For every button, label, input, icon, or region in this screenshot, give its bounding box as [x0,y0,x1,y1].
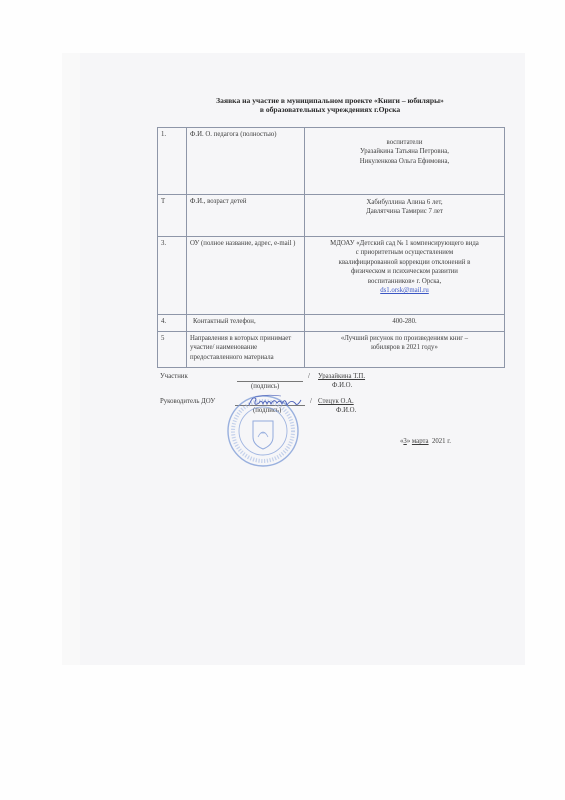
participant-fio-caption: Ф.И.О. [332,381,352,390]
title-line-1: Заявка на участие в муниципальном проект… [150,96,510,105]
row-value: МДОАУ «Детский сад № 1 компенсирующего в… [305,237,505,315]
value-line: Уразайкина Татьяна Петровна, [308,147,501,156]
value-line: «Лучший рисунок по произведениям книг – [308,334,501,343]
value-line: с приоритетным осуществлением [308,248,501,257]
value-line: Никуленкова Ольга Ефимовна, [308,157,501,166]
row-value: воспитатели Уразайкина Татьяна Петровна,… [305,128,505,195]
row-number: 3. [158,237,187,315]
scan-edge [62,53,80,665]
signature-icon [247,393,303,411]
date-year: 2021 г. [432,438,451,445]
row-number: 1. [158,128,187,195]
head-label: Руководитель ДОУ [160,397,215,406]
value-line: МДОАУ «Детский сад № 1 компенсирующего в… [308,239,501,248]
head-fio-caption: Ф.И.О. [336,406,356,415]
value-line: физическом и психическом развитии [308,267,501,276]
head-name: Стецук О.А. [318,397,354,406]
value-line: юбиляров в 2021 году» [308,343,501,352]
head-slash: / [310,397,312,406]
date-day: 3 [403,438,406,445]
value-line: воспитанников» г. Орска, [308,277,501,286]
email-link[interactable]: ds1.orsk@mail.ru [380,287,429,294]
row-label: Контактный телефон, [187,315,305,332]
table-row: Т Ф.И., возраст детей Хабибуллина Алина … [158,195,505,237]
value-line: Хабибуллина Алина 6 лет, [308,198,501,207]
table-row: 4. Контактный телефон, 400-280. [158,315,505,332]
row-label: ОУ (полное название, адрес, e-mail ) [187,237,305,315]
row-number: 4. [158,315,187,332]
table-row: 5 Направления в которых принимает участи… [158,332,505,368]
date-line: «3» марта 2021 г. [400,437,451,446]
application-table: 1. Ф.И. О. педагога (полностью) воспитат… [157,127,505,368]
row-label: Направления в которых принимает участие/… [187,332,305,368]
row-value: 400-280. [305,315,505,332]
value-line: квалифицированной коррекции отклонений в [308,258,501,267]
row-number: 5 [158,332,187,368]
row-number: Т [158,195,187,237]
title-line-2: в образовательных учреждениях г.Орска [150,105,510,114]
document-title: Заявка на участие в муниципальном проект… [150,96,510,114]
date-month: марта [412,438,429,445]
row-label: Ф.И. О. педагога (полностью) [187,128,305,195]
participant-name: Уразайкина Т.П. [318,372,365,381]
row-value: «Лучший рисунок по произведениям книг – … [305,332,505,368]
participant-slash: / [308,372,310,381]
value-line: Давлятчина Тамирис 7 лет [308,207,501,216]
participant-sign-caption: (подпись) [251,382,279,391]
row-value: Хабибуллина Алина 6 лет, Давлятчина Тами… [305,195,505,237]
participant-label: Участник [160,372,188,381]
table-row: 3. ОУ (полное название, адрес, e-mail ) … [158,237,505,315]
table-row: 1. Ф.И. О. педагога (полностью) воспитат… [158,128,505,195]
value-line: воспитатели [308,138,501,147]
row-label: Ф.И., возраст детей [187,195,305,237]
